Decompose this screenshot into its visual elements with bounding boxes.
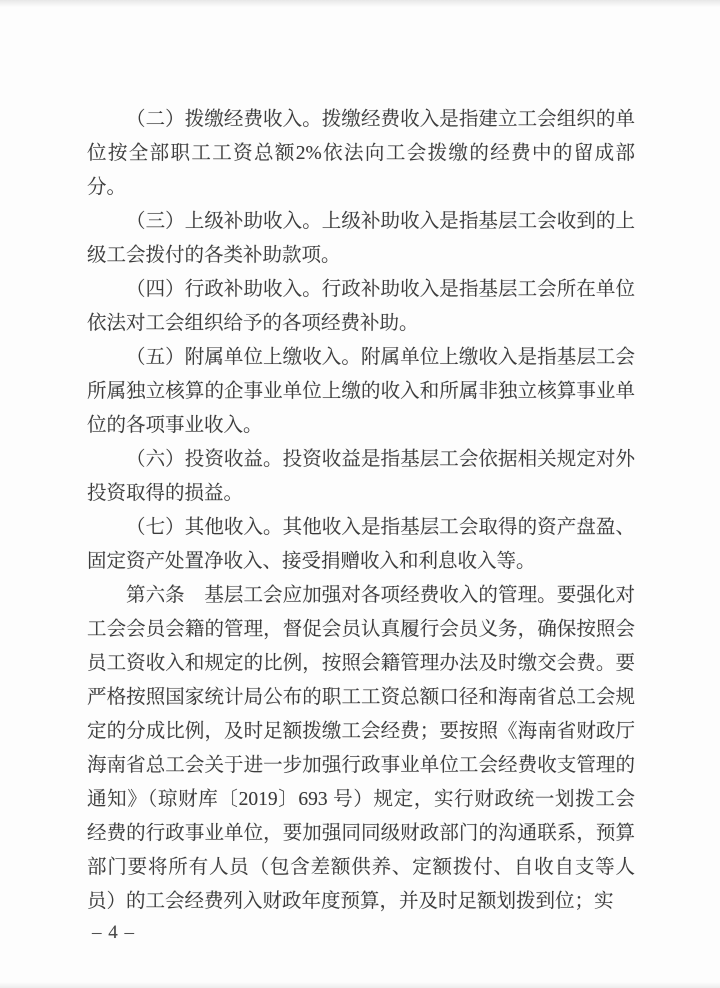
scanned-document-page: （二）拨缴经费收入。拨缴经费收入是指建立工会组织的单位按全部职工工资总额2%依法…	[0, 0, 720, 988]
page-number: – 4 –	[92, 920, 135, 946]
paragraph: （四）行政补助收入。行政补助收入是指基层工会所在单位依法对工会组织给予的各项经费…	[87, 273, 635, 341]
paragraph: 第六条 基层工会应加强对各项经费收入的管理。要强化对工会会员会籍的管理，督促会员…	[87, 579, 635, 919]
paragraph: （三）上级补助收入。上级补助收入是指基层工会收到的上级工会拨付的各类补助款项。	[87, 205, 635, 273]
paragraph: （五）附属单位上缴收入。附属单位上缴收入是指基层工会所属独立核算的企事业单位上缴…	[87, 341, 635, 443]
paragraph: （六）投资收益。投资收益是指基层工会依据相关规定对外投资取得的损益。	[87, 443, 635, 511]
paragraph: （七）其他收入。其他收入是指基层工会取得的资产盘盈、固定资产处置净收入、接受捐赠…	[87, 511, 635, 579]
document-body: （二）拨缴经费收入。拨缴经费收入是指建立工会组织的单位按全部职工工资总额2%依法…	[87, 103, 635, 919]
paragraph: （二）拨缴经费收入。拨缴经费收入是指建立工会组织的单位按全部职工工资总额2%依法…	[87, 103, 635, 205]
